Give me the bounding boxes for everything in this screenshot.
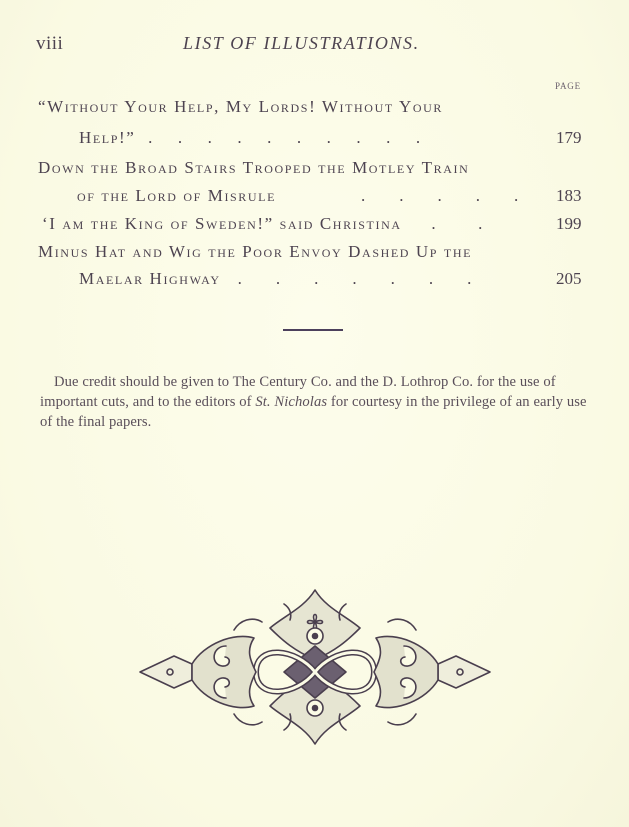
- illustration-entry-4-page: 205: [556, 269, 582, 289]
- credit-paragraph: Due credit should be given to The Centur…: [40, 372, 588, 432]
- decorative-ornament-icon: [134, 584, 496, 750]
- entry-text: of the Lord of Misrule: [77, 186, 276, 205]
- illustration-entry-2-page: 183: [556, 186, 582, 206]
- page-number-folio: viii: [36, 33, 63, 55]
- section-divider-rule: [283, 329, 343, 331]
- illustration-entry-1-line1: “Without Your Help, My Lords! Without Yo…: [38, 97, 443, 117]
- illustration-entry-4-line1: Minus Hat and Wig the Poor Envoy Dashed …: [38, 242, 472, 262]
- dot-leader: . . . . . . . . . .: [135, 128, 420, 147]
- illustration-entry-1-line2: Help!” . . . . . . . . . .: [79, 128, 420, 148]
- running-title: LIST OF ILLUSTRATIONS.: [183, 33, 420, 54]
- illustration-entry-1-page: 179: [556, 128, 582, 148]
- dot-leader: . . . . . . .: [221, 269, 472, 288]
- book-page: viii LIST OF ILLUSTRATIONS. PAGE “Withou…: [0, 0, 629, 827]
- entry-text: Maelar Highway: [79, 269, 221, 288]
- magazine-title: St. Nicholas: [255, 394, 327, 410]
- dot-leader: . . . . .: [276, 186, 518, 205]
- entry-text: ‘I am the King of Sweden!” said Christin…: [42, 214, 402, 233]
- page-column-label: PAGE: [555, 81, 581, 91]
- entry-text: Help!”: [79, 128, 135, 147]
- credit-note: Due credit should be given to The Centur…: [40, 372, 588, 432]
- illustration-entry-3-line1: ‘I am the King of Sweden!” said Christin…: [42, 214, 482, 234]
- illustration-entry-4-line2: Maelar Highway . . . . . . .: [79, 269, 471, 289]
- illustration-entry-2-line2: of the Lord of Misrule . . . . .: [77, 186, 518, 206]
- illustration-entry-2-line1: Down the Broad Stairs Trooped the Motley…: [38, 158, 469, 178]
- dot-leader: . .: [402, 214, 483, 233]
- illustration-entry-3-page: 199: [556, 214, 582, 234]
